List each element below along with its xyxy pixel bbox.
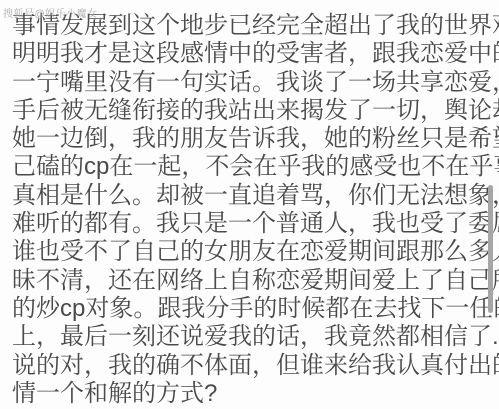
post-text: 事情发展到这个地步已经完全超出了我的世界观， 明明我才是这段感情中的受害者，跟我… <box>12 12 482 408</box>
text-line: 说的对，我的确不体面，但谁来给我认真付出的感 <box>12 352 482 380</box>
text-line: 己磕的cp在一起，不会在乎我的感受也不在乎事实 <box>12 153 482 181</box>
watermark: 搜狐号@娱乐小魔女 <box>3 5 98 20</box>
text-line: 一宁嘴里没有一句实话。我谈了一场共享恋爱，分 <box>12 69 482 97</box>
text-line: 手后被无缝衔接的我站出来揭发了一切，舆论却向 <box>12 97 482 125</box>
text-line: 昧不清，还在网络上自称恋爱期间爱上了自己所谓 <box>12 267 482 295</box>
scrollbar-track <box>483 0 499 409</box>
text-post-screenshot: 搜狐号@娱乐小魔女 事情发展到这个地步已经完全超出了我的世界观， 明明我才是这段… <box>0 0 499 409</box>
scrollbar-thumb[interactable] <box>488 185 493 313</box>
text-line: 情一个和解的方式? <box>12 380 482 408</box>
text-line: 谁也受不了自己的女朋友在恋爱期间跟那么多人暧 <box>12 238 482 266</box>
text-line: 的炒cp对象。跟我分手的时候都在去找下一任的路 <box>12 295 482 323</box>
text-line: 难听的都有。我只是一个普通人，我也受了委屈， <box>12 210 482 238</box>
text-line: 明明我才是这段感情中的受害者，跟我恋爱中的孙 <box>12 40 482 68</box>
text-line: 她一边倒，我的朋友告诉我，她的粉丝只是希望自 <box>12 125 482 153</box>
text-line: 上，最后一刻还说爱我的话，我竟然都相信了..你们 <box>12 323 482 351</box>
text-line: 真相是什么。却被一直追着骂，你们无法想象，多 <box>12 182 482 210</box>
